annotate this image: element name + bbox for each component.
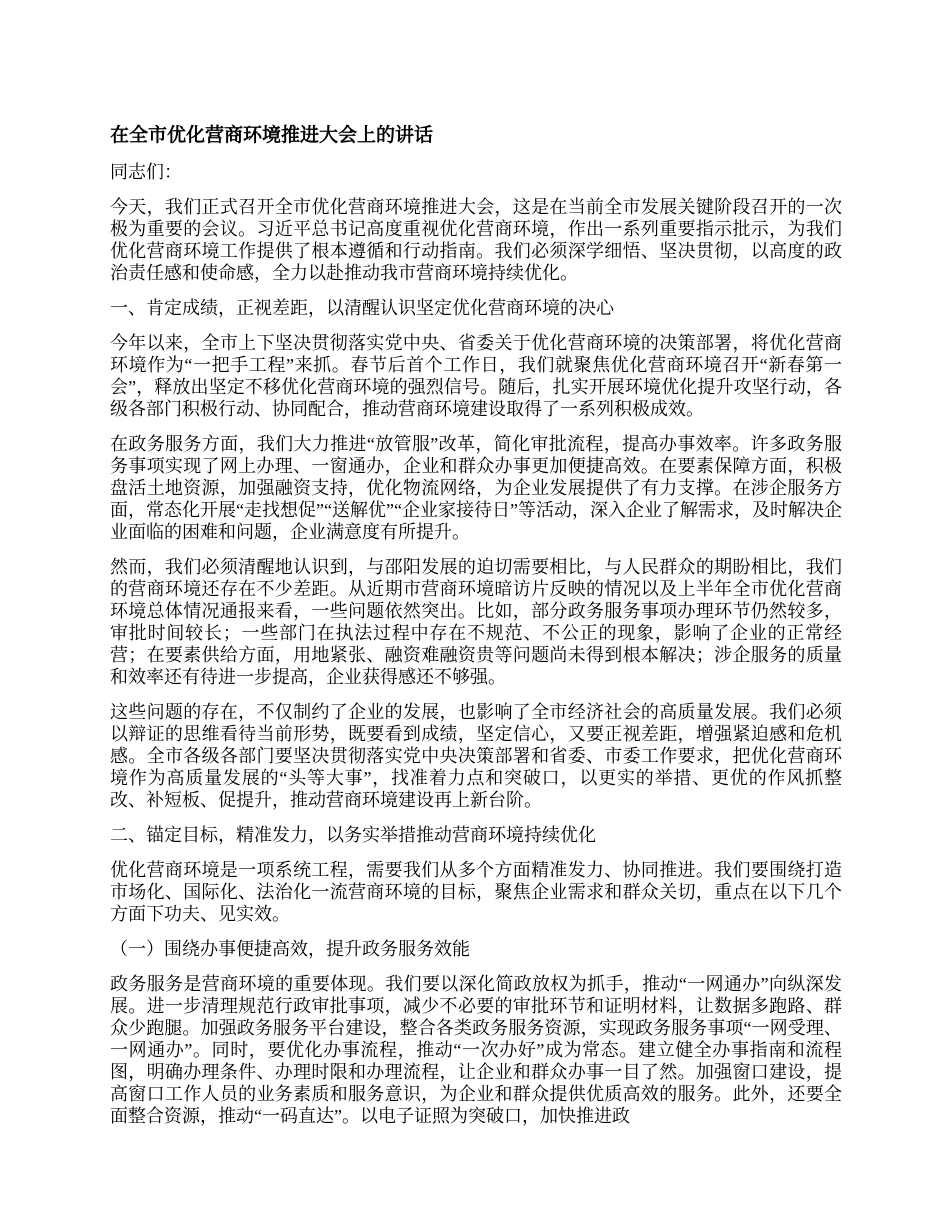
section-1-paragraph-3: 然而，我们必须清醒地认识到，与邵阳发展的迫切需要相比，与人民群众的期盼相比，我们… <box>110 556 842 688</box>
salutation: 同志们： <box>110 161 842 183</box>
section-1-paragraph-2: 在政务服务方面，我们大力推进“放管服”改革，简化审批流程，提高办事效率。许多政务… <box>110 433 842 543</box>
subsection-2-1-heading: （一）围绕办事便捷高效，提升政务服务效能 <box>110 938 842 960</box>
subsection-2-1-paragraph: 政务服务是营商环境的重要体现。我们要以深化简政放权为抓手，推动“一网通办”向纵深… <box>110 973 842 1127</box>
section-1-paragraph-1: 今年以来，全市上下坚决贯彻落实党中央、省委关于优化营商环境的决策部署，将优化营商… <box>110 332 842 420</box>
document-page: 在全市优化营商环境推进大会上的讲话 同志们： 今天，我们正式召开全市优化营商环境… <box>0 0 950 1230</box>
document-title: 在全市优化营商环境推进大会上的讲话 <box>110 123 842 148</box>
section-1-heading: 一、肯定成绩，正视差距，以清醒认识坚定优化营商环境的决心 <box>110 297 842 319</box>
opening-paragraph: 今天，我们正式召开全市优化营商环境推进大会，这是在当前全市发展关键阶段召开的一次… <box>110 196 842 284</box>
section-1-paragraph-4: 这些问题的存在，不仅制约了企业的发展，也影响了全市经济社会的高质量发展。我们必须… <box>110 701 842 811</box>
section-2-heading: 二、锚定目标，精准发力，以务实举措推动营商环境持续优化 <box>110 824 842 846</box>
section-2-intro-paragraph: 优化营商环境是一项系统工程，需要我们从多个方面精准发力、协同推进。我们要围绕打造… <box>110 859 842 925</box>
